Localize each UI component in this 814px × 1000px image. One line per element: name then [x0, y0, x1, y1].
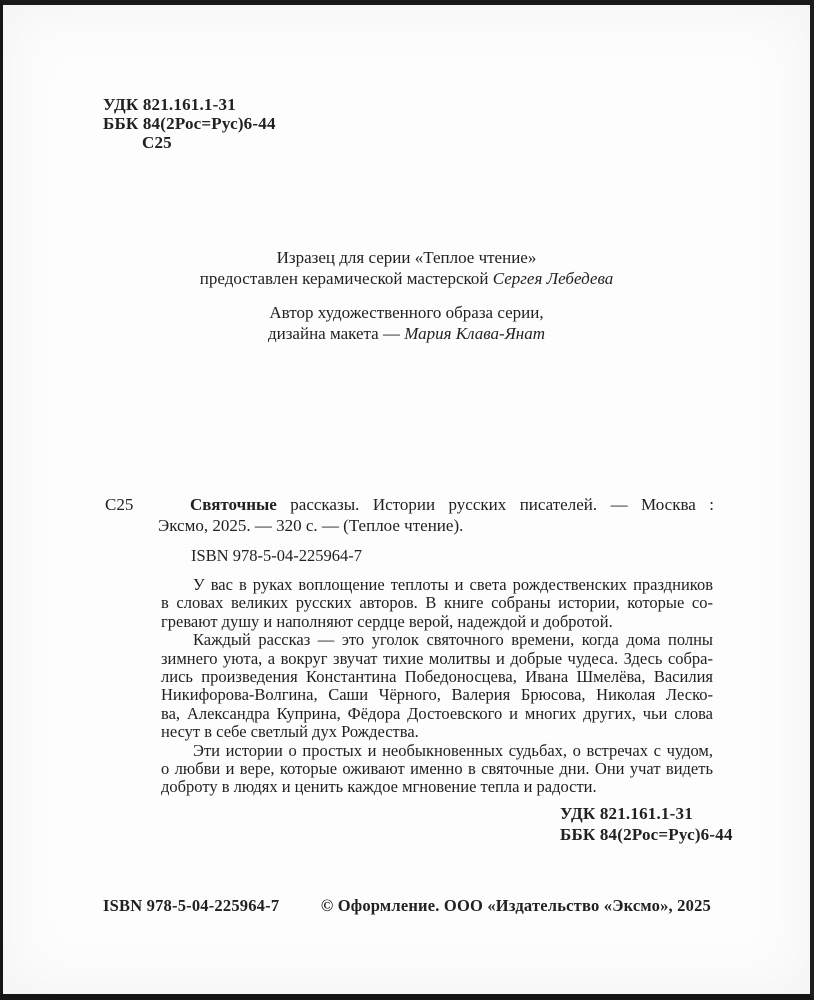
catalog-card-label: С25 [105, 494, 133, 515]
book-imprint-page: УДК 821.161.1-31 ББК 84(2Рос=Рус)6-44 С2… [0, 0, 814, 1000]
annotation-line: гревают душу и наполняют сердце верой, н… [161, 613, 713, 631]
bbk-code-bottom: ББК 84(2Рос=Рус)6-44 [560, 825, 733, 846]
credit-design-line: дизайна макета — Мария Клава-Янат [3, 324, 810, 345]
annotation: У вас в руках воплощение теплоты и света… [161, 576, 713, 797]
credit-workshop-name: Сергея Лебедева [493, 269, 613, 288]
annotation-line: лись произведения Константина Победоносц… [161, 668, 713, 686]
book-title-bold: Святочные [190, 495, 277, 514]
catalog-card-title-line: Святочные рассказы. Истории русских писа… [158, 494, 714, 515]
catalog-card-publisher-line: Эксмо, 2025. — 320 с. — (Теплое чтение). [158, 515, 714, 536]
footer-row: ISBN 978-5-04-225964-7 © Оформление. ООО… [103, 896, 711, 916]
credit-design-name: Мария Клава-Янат [404, 324, 545, 343]
credit-workshop-text: предоставлен керамической мастерской [200, 269, 493, 288]
bbk-code: ББК 84(2Рос=Рус)6-44 [103, 114, 276, 133]
credit-workshop-line: предоставлен керамической мастерской Сер… [3, 269, 810, 290]
udk-code-bottom: УДК 821.161.1-31 [560, 804, 733, 825]
annotation-line: У вас в руках воплощение теплоты и света… [161, 576, 713, 594]
udk-code: УДК 821.161.1-31 [103, 95, 276, 114]
annotation-line: ва, Александра Куприна, Фёдора Достоевск… [161, 705, 713, 723]
credit-author-line: Автор художественного образа серии, [3, 303, 810, 324]
annotation-line: Каждый рассказ — это уголок святочного в… [161, 631, 713, 649]
author-sign-code: С25 [142, 133, 276, 152]
credit-tile-line: Изразец для серии «Теплое чтение» [3, 248, 810, 269]
annotation-line: о любви и вере, которые оживают именно в… [161, 760, 713, 778]
series-credits: Изразец для серии «Теплое чтение» предос… [3, 248, 810, 344]
credit-design-text: дизайна макета — [268, 324, 404, 343]
annotation-line: доброту в людях и ценить каждое мгновени… [161, 778, 713, 796]
screenshot-viewport: УДК 821.161.1-31 ББК 84(2Рос=Рус)6-44 С2… [0, 0, 814, 1000]
copyright-notice: © Оформление. ООО «Издательство «Эксмо»,… [321, 896, 711, 916]
annotation-line: в словах великих русских авторов. В книг… [161, 594, 713, 612]
bottom-bibliographic-codes: УДК 821.161.1-31 ББК 84(2Рос=Рус)6-44 [560, 804, 733, 845]
footer-isbn: ISBN 978-5-04-225964-7 [103, 896, 279, 916]
top-bibliographic-codes: УДК 821.161.1-31 ББК 84(2Рос=Рус)6-44 С2… [103, 95, 276, 152]
book-title-rest: рассказы. Истории русских писателей. — М… [277, 495, 714, 514]
annotation-line: зимнего уюта, а вокруг звучат тихие моли… [161, 650, 713, 668]
annotation-line: Эти истории о простых и необыкновенных с… [161, 742, 713, 760]
isbn-number: ISBN 978-5-04-225964-7 [158, 545, 714, 566]
annotation-line: Никифорова-Волгина, Саши Чёрного, Валери… [161, 686, 713, 704]
catalog-card: Святочные рассказы. Истории русских писа… [158, 494, 714, 566]
annotation-line: несут в себе светлый дух Рождества. [161, 723, 713, 741]
